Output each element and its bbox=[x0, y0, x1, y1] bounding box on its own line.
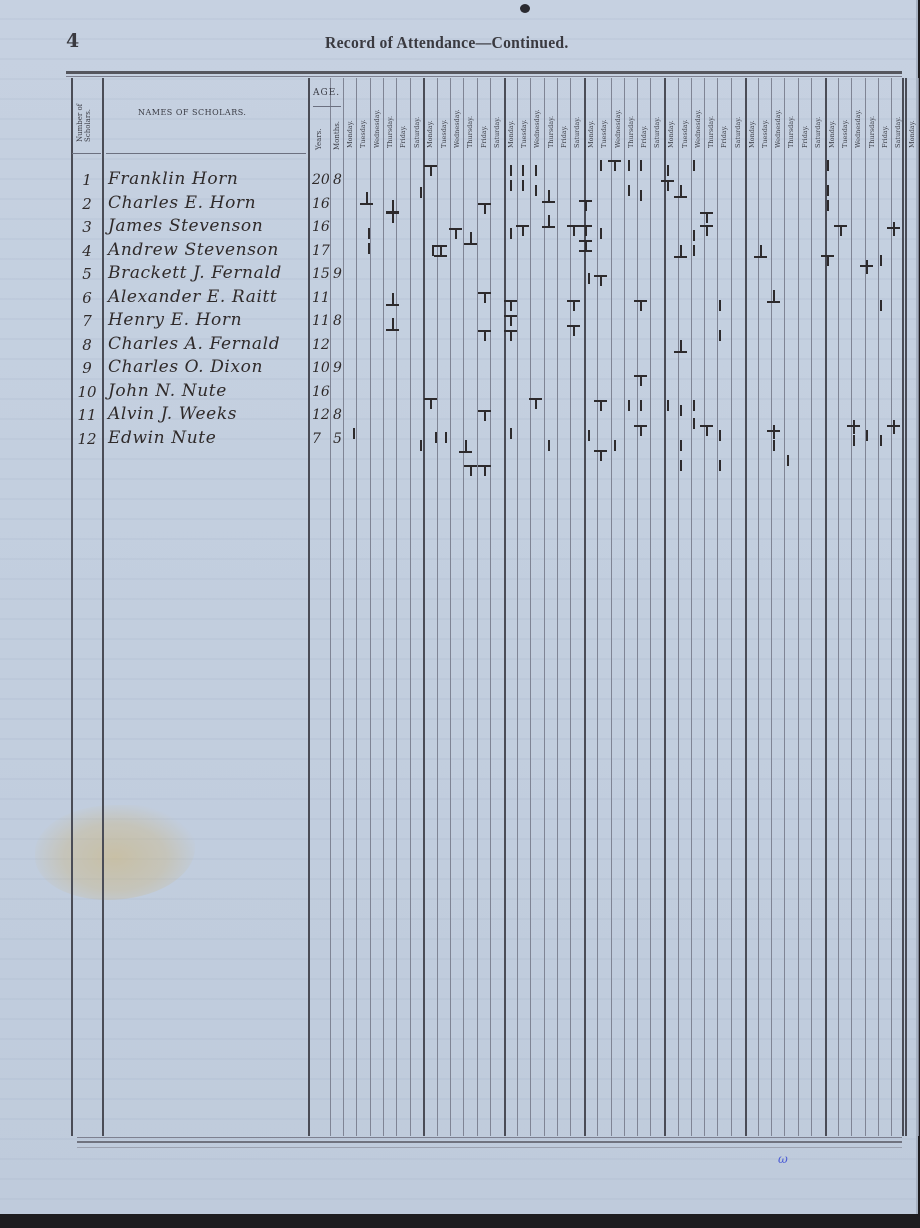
day-header-wednesday: Wednesday. bbox=[373, 110, 381, 148]
day-divider bbox=[771, 78, 772, 1136]
number-col-divider bbox=[102, 78, 104, 1136]
binding-hole bbox=[520, 4, 530, 13]
scholar-number: 3 bbox=[72, 218, 102, 236]
attendance-mark bbox=[510, 330, 512, 341]
day-header-thursday: Thursday. bbox=[787, 116, 795, 148]
age-months: 8 bbox=[333, 172, 342, 188]
attendance-mark bbox=[600, 228, 602, 239]
attendance-mark bbox=[510, 228, 512, 239]
week-divider-2 bbox=[423, 78, 425, 1136]
day-divider bbox=[370, 78, 371, 1136]
day-divider bbox=[758, 78, 759, 1136]
day-header-wednesday: Wednesday. bbox=[533, 110, 541, 148]
day-header-tuesday: Tuesday. bbox=[841, 119, 849, 148]
attendance-mark bbox=[600, 275, 602, 286]
day-header-saturday: Saturday. bbox=[814, 117, 822, 148]
attendance-mark bbox=[680, 185, 682, 196]
day-header-tuesday: Tuesday. bbox=[600, 119, 608, 148]
attendance-mark bbox=[585, 200, 587, 211]
attendance-mark bbox=[470, 465, 472, 476]
day-header-monday: Monday. bbox=[667, 120, 675, 148]
scholar-number: 9 bbox=[72, 359, 102, 377]
day-divider bbox=[570, 78, 571, 1136]
bottom-rule-thin bbox=[77, 1147, 902, 1148]
age-years: 7 bbox=[312, 431, 321, 447]
day-header-saturday: Saturday. bbox=[653, 117, 661, 148]
day-header-friday: Friday. bbox=[480, 125, 488, 148]
day-divider bbox=[383, 78, 384, 1136]
attendance-mark bbox=[368, 243, 370, 254]
day-header-saturday: Saturday. bbox=[493, 117, 501, 148]
attendance-mark bbox=[353, 428, 355, 439]
attendance-mark bbox=[719, 430, 721, 441]
day-header-friday: Friday. bbox=[399, 125, 407, 148]
attendance-mark bbox=[510, 180, 512, 191]
attendance-mark bbox=[754, 256, 767, 258]
age-months: 8 bbox=[333, 407, 342, 423]
day-divider bbox=[637, 78, 638, 1136]
attendance-mark bbox=[827, 200, 829, 211]
day-divider bbox=[557, 78, 558, 1136]
day-header-friday: Friday. bbox=[881, 125, 889, 148]
day-header-wednesday: Wednesday. bbox=[694, 110, 702, 148]
attendance-mark bbox=[680, 245, 682, 256]
attendance-mark bbox=[674, 256, 687, 258]
attendance-mark bbox=[667, 165, 669, 176]
attendance-mark bbox=[585, 225, 587, 236]
age-years: 12 bbox=[312, 337, 330, 353]
scholar-number: 8 bbox=[72, 336, 102, 354]
attendance-mark bbox=[366, 192, 368, 203]
left-border bbox=[71, 78, 73, 1136]
attendance-mark bbox=[674, 351, 687, 353]
attendance-mark bbox=[640, 300, 642, 311]
attendance-mark bbox=[767, 301, 780, 303]
age-years: 20 bbox=[312, 172, 330, 188]
number-of-scholars-header: Number of Scholars. bbox=[76, 80, 92, 142]
attendance-mark bbox=[542, 201, 555, 203]
day-divider bbox=[704, 78, 705, 1136]
day-header-monday: Monday. bbox=[587, 120, 595, 148]
attendance-mark bbox=[368, 228, 370, 239]
day-divider bbox=[530, 78, 531, 1136]
day-divider bbox=[838, 78, 839, 1136]
attendance-mark bbox=[614, 160, 616, 171]
day-header-monday: Monday. bbox=[748, 120, 756, 148]
attendance-mark bbox=[535, 185, 537, 196]
top-rule-thin bbox=[66, 76, 902, 77]
attendance-mark bbox=[573, 225, 575, 236]
week-divider-4 bbox=[584, 78, 586, 1136]
attendance-mark bbox=[640, 190, 642, 201]
day-divider bbox=[356, 78, 357, 1136]
number-header-underline bbox=[72, 153, 101, 154]
day-divider bbox=[597, 78, 598, 1136]
names-header-underline bbox=[106, 153, 306, 154]
day-divider bbox=[878, 78, 879, 1136]
attendance-mark bbox=[640, 400, 642, 411]
attendance-mark bbox=[628, 185, 630, 196]
age-years: 10 bbox=[312, 360, 330, 376]
day-header-monday: Monday. bbox=[908, 120, 916, 148]
attendance-mark bbox=[667, 400, 669, 411]
day-header-thursday: Thursday. bbox=[466, 116, 474, 148]
scholar-name: Franklin Horn bbox=[108, 169, 238, 189]
attendance-mark bbox=[680, 440, 682, 451]
day-header-thursday: Thursday. bbox=[868, 116, 876, 148]
attendance-mark bbox=[693, 245, 695, 256]
scholar-name: James Stevenson bbox=[108, 216, 263, 236]
attendance-mark bbox=[484, 292, 486, 303]
scholar-name: John N. Nute bbox=[108, 381, 227, 401]
day-divider bbox=[463, 78, 464, 1136]
scholar-name: Alvin J. Weeks bbox=[108, 404, 237, 424]
day-divider bbox=[811, 78, 812, 1136]
attendance-mark bbox=[459, 451, 472, 453]
attendance-mark bbox=[706, 425, 708, 436]
day-header-saturday: Saturday. bbox=[413, 117, 421, 148]
attendance-mark bbox=[484, 410, 486, 421]
attendance-mark bbox=[853, 420, 855, 434]
attendance-mark bbox=[392, 293, 394, 304]
attendance-mark bbox=[432, 245, 434, 256]
attendance-mark bbox=[853, 435, 855, 446]
attendance-mark bbox=[827, 255, 829, 266]
age-months: 8 bbox=[333, 313, 342, 329]
day-divider bbox=[544, 78, 545, 1136]
day-header-friday: Friday. bbox=[640, 125, 648, 148]
attendance-mark bbox=[470, 232, 472, 243]
day-header-friday: Friday. bbox=[801, 125, 809, 148]
water-stain bbox=[35, 805, 195, 900]
attendance-mark bbox=[440, 245, 442, 256]
scholar-number: 7 bbox=[72, 312, 102, 330]
day-divider bbox=[784, 78, 785, 1136]
attendance-mark bbox=[628, 160, 630, 171]
attendance-mark bbox=[674, 196, 687, 198]
attendance-mark bbox=[430, 165, 432, 176]
scholar-name: Alexander E. Raitt bbox=[108, 287, 277, 307]
age-years: 16 bbox=[312, 196, 330, 212]
day-divider bbox=[450, 78, 451, 1136]
attendance-mark bbox=[548, 440, 550, 451]
attendance-mark bbox=[880, 435, 882, 446]
day-divider bbox=[490, 78, 491, 1136]
attendance-mark bbox=[719, 460, 721, 471]
age-years: 17 bbox=[312, 243, 330, 259]
day-divider bbox=[477, 78, 478, 1136]
years-header: Years. bbox=[315, 129, 323, 151]
day-header-wednesday: Wednesday. bbox=[774, 110, 782, 148]
attendance-mark bbox=[693, 418, 695, 429]
day-header-friday: Friday. bbox=[560, 125, 568, 148]
scholar-name: Charles A. Fernald bbox=[108, 334, 280, 354]
day-divider bbox=[691, 78, 692, 1136]
attendance-mark bbox=[588, 430, 590, 441]
scholar-name: Charles E. Horn bbox=[108, 193, 256, 213]
attendance-mark bbox=[773, 425, 775, 439]
attendance-mark bbox=[386, 329, 399, 331]
day-divider bbox=[517, 78, 518, 1136]
age-col-divider bbox=[343, 78, 344, 1136]
attendance-mark bbox=[360, 203, 373, 205]
attendance-mark bbox=[465, 440, 467, 451]
day-header-thursday: Thursday. bbox=[627, 116, 635, 148]
age-years: 11 bbox=[312, 290, 330, 306]
scholar-name: Andrew Stevenson bbox=[108, 240, 279, 260]
attendance-mark bbox=[640, 375, 642, 386]
attendance-mark bbox=[522, 165, 524, 176]
age-years: 16 bbox=[312, 219, 330, 235]
attendance-mark bbox=[719, 300, 721, 311]
attendance-mark bbox=[680, 340, 682, 351]
attendance-mark bbox=[464, 243, 477, 245]
attendance-mark bbox=[484, 465, 486, 476]
age-years: 12 bbox=[312, 407, 330, 423]
day-header-wednesday: Wednesday. bbox=[453, 110, 461, 148]
day-divider bbox=[731, 78, 732, 1136]
day-header-thursday: Thursday. bbox=[386, 116, 394, 148]
day-divider bbox=[865, 78, 866, 1136]
scholar-number: 6 bbox=[72, 289, 102, 307]
day-header-monday: Monday. bbox=[828, 120, 836, 148]
attendance-mark bbox=[640, 425, 642, 436]
day-header-tuesday: Tuesday. bbox=[520, 119, 528, 148]
age-years: 11 bbox=[312, 313, 330, 329]
scholar-number: 11 bbox=[72, 406, 102, 424]
attendance-mark bbox=[585, 240, 587, 251]
day-header-thursday: Thursday. bbox=[707, 116, 715, 148]
scholar-number: 1 bbox=[72, 171, 102, 189]
attendance-mark bbox=[535, 398, 537, 409]
stray-ink-mark: ω bbox=[778, 1152, 788, 1166]
names-col-divider bbox=[308, 78, 310, 1136]
attendance-mark bbox=[760, 245, 762, 256]
day-header-wednesday: Wednesday. bbox=[854, 110, 862, 148]
right-border bbox=[902, 78, 904, 1136]
week-divider-5 bbox=[664, 78, 666, 1136]
attendance-mark bbox=[484, 203, 486, 214]
attendance-mark bbox=[880, 255, 882, 266]
day-divider bbox=[410, 78, 411, 1136]
day-divider bbox=[396, 78, 397, 1136]
attendance-mark bbox=[614, 440, 616, 451]
day-divider bbox=[611, 78, 612, 1136]
attendance-mark bbox=[542, 226, 555, 228]
attendance-mark bbox=[535, 165, 537, 176]
attendance-mark bbox=[510, 165, 512, 176]
day-divider bbox=[437, 78, 438, 1136]
day-header-saturday: Saturday. bbox=[734, 117, 742, 148]
week-divider-6 bbox=[745, 78, 747, 1136]
attendance-mark bbox=[435, 432, 437, 443]
age-underline bbox=[313, 106, 341, 107]
week-divider-8 bbox=[905, 78, 907, 1136]
attendance-mark bbox=[522, 225, 524, 236]
attendance-mark bbox=[573, 300, 575, 311]
scholar-number: 10 bbox=[72, 383, 102, 401]
bottom-rule-thick bbox=[77, 1141, 902, 1143]
scholar-number: 12 bbox=[72, 430, 102, 448]
scholar-name: Brackett J. Fernald bbox=[108, 263, 282, 283]
scholar-name: Charles O. Dixon bbox=[108, 357, 263, 377]
attendance-mark bbox=[484, 330, 486, 341]
attendance-mark bbox=[445, 432, 447, 443]
ledger-page: 4 Record of Attendance—Continued. Number… bbox=[0, 0, 918, 1214]
age-months: 9 bbox=[333, 266, 342, 282]
months-header: Months. bbox=[333, 121, 341, 150]
attendance-mark bbox=[588, 273, 590, 284]
day-header-wednesday: Wednesday. bbox=[614, 110, 622, 148]
age-months: 5 bbox=[333, 431, 342, 447]
attendance-mark bbox=[600, 450, 602, 461]
attendance-mark bbox=[773, 290, 775, 301]
page-number: 4 bbox=[66, 30, 79, 52]
top-rule bbox=[66, 71, 902, 74]
attendance-mark bbox=[866, 430, 868, 441]
attendance-mark bbox=[893, 420, 895, 434]
day-divider bbox=[851, 78, 852, 1136]
years-months-divider bbox=[330, 78, 331, 1136]
day-divider bbox=[717, 78, 718, 1136]
attendance-mark bbox=[420, 440, 422, 451]
attendance-mark bbox=[640, 160, 642, 171]
attendance-mark bbox=[693, 160, 695, 171]
attendance-mark bbox=[510, 300, 512, 311]
day-header-tuesday: Tuesday. bbox=[681, 119, 689, 148]
attendance-mark bbox=[787, 455, 789, 466]
day-divider bbox=[678, 78, 679, 1136]
day-header-monday: Monday. bbox=[507, 120, 515, 148]
attendance-mark bbox=[680, 460, 682, 471]
attendance-mark bbox=[392, 212, 394, 223]
day-header-friday: Friday. bbox=[720, 125, 728, 148]
week-divider-3 bbox=[504, 78, 506, 1136]
attendance-mark bbox=[840, 225, 842, 236]
attendance-mark bbox=[420, 187, 422, 198]
attendance-mark bbox=[719, 330, 721, 341]
day-header-tuesday: Tuesday. bbox=[440, 119, 448, 148]
attendance-mark bbox=[680, 405, 682, 416]
attendance-mark bbox=[827, 160, 829, 171]
day-header-thursday: Thursday. bbox=[547, 116, 555, 148]
attendance-mark bbox=[455, 228, 457, 239]
attendance-mark bbox=[600, 160, 602, 171]
attendance-mark bbox=[522, 180, 524, 191]
day-header-saturday: Saturday. bbox=[573, 117, 581, 148]
attendance-mark bbox=[773, 440, 775, 451]
scholar-number: 2 bbox=[72, 195, 102, 213]
attendance-mark bbox=[548, 190, 550, 201]
attendance-mark bbox=[693, 400, 695, 411]
attendance-mark bbox=[386, 304, 399, 306]
day-header-monday: Monday. bbox=[346, 120, 354, 148]
page-title: Record of Attendance—Continued. bbox=[325, 33, 569, 53]
attendance-mark bbox=[573, 325, 575, 336]
week-divider-7 bbox=[825, 78, 827, 1136]
attendance-mark bbox=[628, 400, 630, 411]
attendance-mark bbox=[706, 212, 708, 223]
attendance-mark bbox=[893, 222, 895, 236]
day-divider bbox=[650, 78, 651, 1136]
age-years: 15 bbox=[312, 266, 330, 282]
age-years: 16 bbox=[312, 384, 330, 400]
day-divider bbox=[624, 78, 625, 1136]
scholar-name: Edwin Nute bbox=[108, 428, 216, 448]
day-divider bbox=[918, 78, 919, 1136]
bottom-rule bbox=[77, 1137, 902, 1138]
attendance-mark bbox=[510, 315, 512, 326]
attendance-mark bbox=[548, 215, 550, 226]
age-header: AGE. bbox=[313, 88, 340, 98]
attendance-mark bbox=[693, 230, 695, 241]
attendance-mark bbox=[667, 180, 669, 191]
age-months: 9 bbox=[333, 360, 342, 376]
scholar-number: 5 bbox=[72, 265, 102, 283]
day-divider bbox=[891, 78, 892, 1136]
day-header-monday: Monday. bbox=[426, 120, 434, 148]
scholar-number: 4 bbox=[72, 242, 102, 260]
attendance-mark bbox=[827, 185, 829, 196]
attendance-mark bbox=[866, 260, 868, 274]
day-header-tuesday: Tuesday. bbox=[359, 119, 367, 148]
attendance-mark bbox=[430, 398, 432, 409]
attendance-mark bbox=[510, 428, 512, 439]
attendance-mark bbox=[706, 225, 708, 236]
scholar-name: Henry E. Horn bbox=[108, 310, 242, 330]
names-of-scholars-header: NAMES OF SCHOLARS. bbox=[138, 108, 246, 117]
day-header-tuesday: Tuesday. bbox=[761, 119, 769, 148]
attendance-mark bbox=[392, 200, 394, 211]
day-divider bbox=[798, 78, 799, 1136]
attendance-mark bbox=[880, 300, 882, 311]
attendance-mark bbox=[392, 318, 394, 329]
attendance-mark bbox=[600, 400, 602, 411]
